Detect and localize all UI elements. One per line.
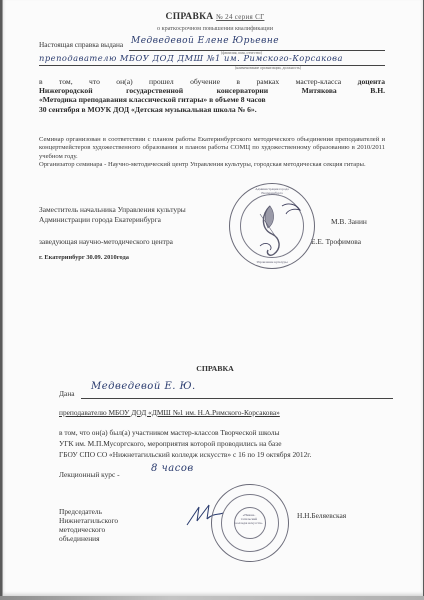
recipient-name-handwritten: Медведевой Елене Юрьевне — [131, 36, 279, 46]
cert2-signatory-title-line2: Нижнетагильского — [59, 516, 118, 525]
body-line1: в том, что он(а) прошел обучение в рамка… — [39, 77, 341, 86]
cert2-signatory-title-line3: методического — [59, 525, 105, 534]
scanned-document-page: СПРАВКА № 24 серия СГ о краткосрочном по… — [2, 0, 423, 596]
round-stamp-administration: Администрация города Екатеринбурга Управ… — [229, 183, 315, 269]
recipient-handwritten: Медведевой Е. Ю. — [91, 381, 196, 392]
cert2-signatory-name: Н.Н.Беляевская — [297, 511, 346, 520]
stamp2-center-text: «Нижне-тагильский колледж искусств» — [235, 513, 263, 525]
signatory1-title-line1: Заместитель начальника Управления культу… — [39, 205, 186, 214]
cert2-body-line1: в том, что он(а) был(а) участником масте… — [59, 428, 280, 437]
cert2-signatory-title-line4: объединения — [59, 534, 100, 543]
recipient-underline — [81, 398, 393, 399]
signatory2-title: заведующая научно-методического центра — [39, 237, 173, 246]
round-stamp-college: «Нижне-тагильский колледж искусств» — [211, 484, 289, 562]
stamp1-text-bottom: Управление культуры — [252, 260, 292, 264]
scan-bottom-edge — [0, 596, 424, 600]
lecture-label: Лекционный курс - — [59, 470, 120, 479]
certificate1-body: в том, что он(а) прошел обучение в рамка… — [39, 77, 385, 114]
position-line: преподавателю МБОУ ДОД «ДМШ №1 им. Н.А.Р… — [59, 408, 280, 417]
seminar-paragraph: Семинар организован в соответствии с пла… — [39, 136, 385, 161]
given-label: Дана — [59, 389, 75, 398]
signatory1-name: М.В. Занин — [331, 217, 367, 226]
issued-to-label: Настоящая справка выдана — [39, 40, 123, 49]
position-caption: (наименование организации, должность) — [235, 66, 301, 70]
body-line2: Нижегородской государственной консервато… — [39, 86, 385, 95]
stamp1-text-top: Администрация города Екатеринбурга — [252, 187, 292, 195]
position-handwritten: преподавателю МБОУ ДОД ДМШ №1 им. Римско… — [39, 53, 343, 63]
cert2-body-line3: ГБОУ СПО СО «Нижнетагильский колледж иск… — [59, 450, 311, 459]
lecture-hours-handwritten: 8 часов — [151, 463, 194, 474]
body-bold1: доцента — [358, 77, 385, 86]
leaf-emblem-icon — [230, 184, 314, 268]
place-date: г. Екатеринбург 30.09. 2010года — [39, 254, 129, 261]
body-line4: 30 сентября в МОУК ДОД «Детская музыкаль… — [39, 105, 385, 114]
body-line3: «Методика преподавания классической гита… — [39, 95, 385, 104]
certificate1-title: СПРАВКА № 24 серия СГ — [3, 12, 424, 22]
certificate1-number: № 24 серия СГ — [216, 13, 264, 21]
signatory2-name: Е.Е. Трофимова — [311, 237, 361, 246]
certificate1-subtitle: о краткосрочном повышении квалификации — [3, 25, 424, 32]
organizer-paragraph: Организатор семинара - Научно-методическ… — [39, 161, 385, 169]
certificate2-title: СПРАВКА — [3, 364, 424, 373]
cert2-signatory-title-line1: Председатель — [59, 507, 102, 516]
signatory1-title-line2: Администрации города Екатеринбурга — [39, 215, 161, 224]
position-underline — [39, 65, 385, 66]
certificate1-title-text: СПРАВКА — [166, 12, 214, 22]
cert2-body-line2: УГК им. М.П.Мусоргского, мероприятия кот… — [59, 439, 282, 448]
